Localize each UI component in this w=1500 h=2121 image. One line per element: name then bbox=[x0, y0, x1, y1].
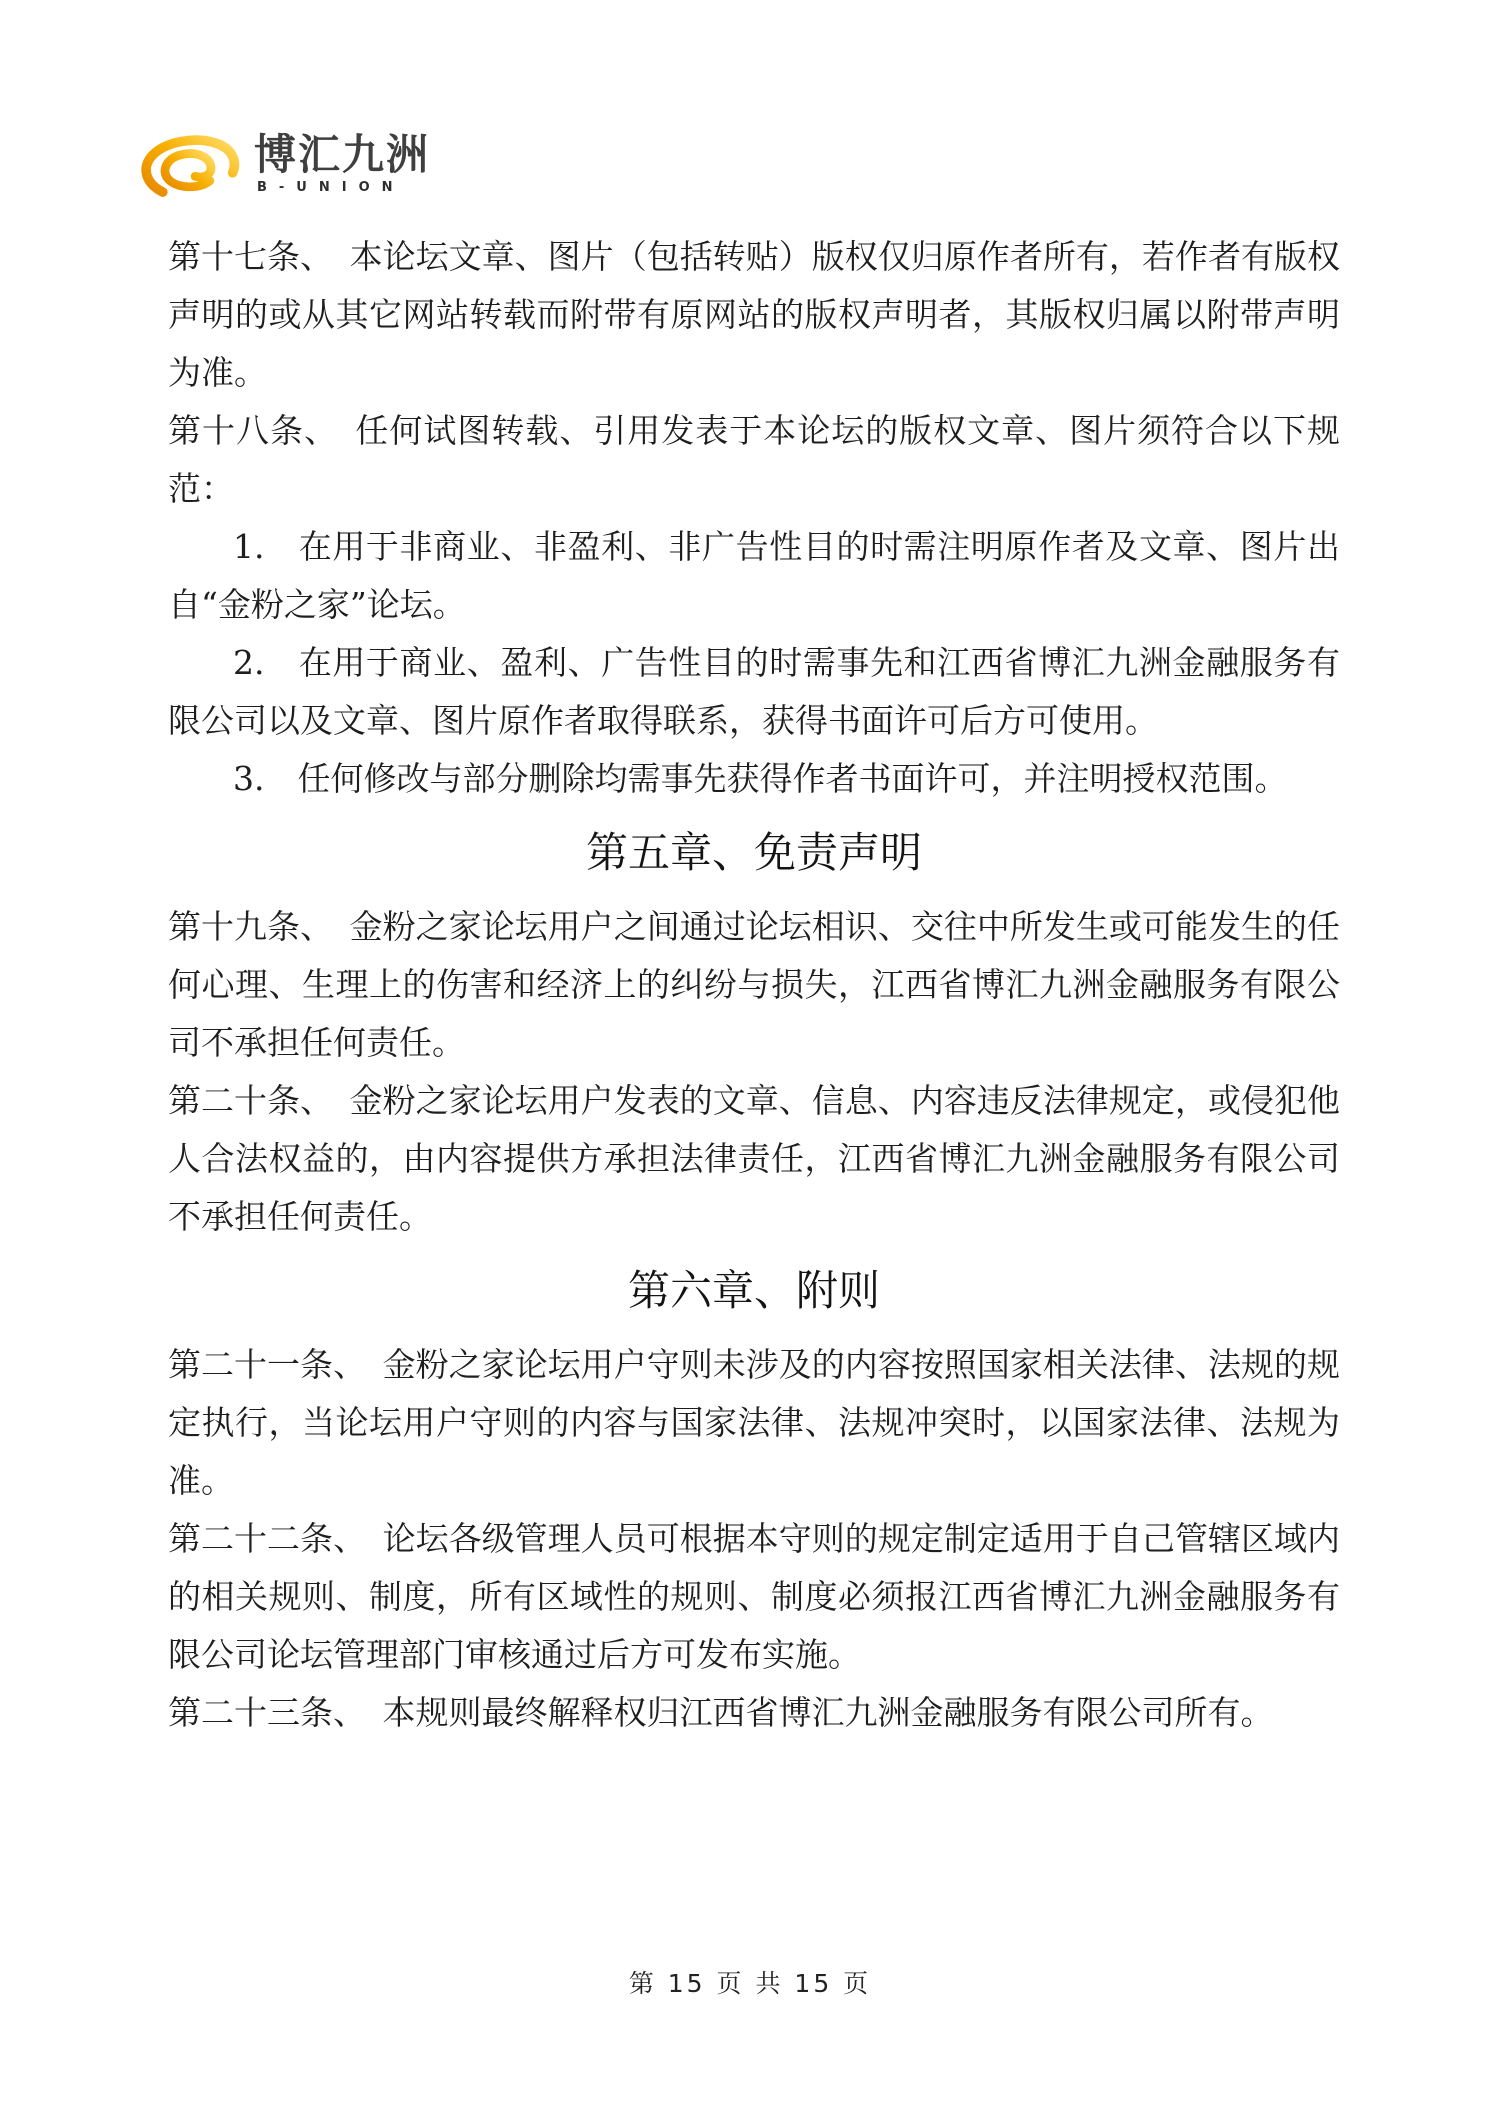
page-footer: 第 15 页 共 15 页 bbox=[0, 1964, 1500, 2000]
brand-text-block: 博汇九洲 B-UNION bbox=[254, 133, 430, 195]
clause-19-paragraph: 第十九条、 金粉之家论坛用户之间通过论坛相识、交往中所发生或可能发生的任何心理、… bbox=[168, 898, 1340, 1072]
chapter-6-heading: 第六章、附则 bbox=[168, 1246, 1340, 1336]
logo-brand-en: B-UNION bbox=[254, 180, 430, 195]
clause-20-paragraph: 第二十条、 金粉之家论坛用户发表的文章、信息、内容违反法律规定，或侵犯他人合法权… bbox=[168, 1072, 1340, 1246]
document-body: 第十七条、 本论坛文章、图片（包括转贴）版权仅归原作者所有，若作者有版权声明的或… bbox=[168, 228, 1340, 1742]
document-page: 博汇九洲 B-UNION 第十七条、 本论坛文章、图片（包括转贴）版权仅归原作者… bbox=[0, 0, 1500, 2121]
list-item-3: 3. 任何修改与部分删除均需事先获得作者书面许可，并注明授权范围。 bbox=[168, 750, 1340, 808]
list-item-1: 1. 在用于非商业、非盈利、非广告性目的时需注明原作者及文章、图片出自“金粉之家… bbox=[168, 518, 1340, 634]
page-number-indicator: 第 15 页 共 15 页 bbox=[629, 1969, 871, 1998]
logo-brand-cn: 博汇九洲 bbox=[254, 133, 430, 177]
chapter-5-heading: 第五章、免责声明 bbox=[168, 808, 1340, 898]
clause-21-paragraph: 第二十一条、 金粉之家论坛用户守则未涉及的内容按照国家相关法律、法规的规定执行，… bbox=[168, 1336, 1340, 1510]
clause-22-paragraph: 第二十二条、 论坛各级管理人员可根据本守则的规定制定适用于自己管辖区域内的相关规… bbox=[168, 1510, 1340, 1684]
clause-18-paragraph: 第十八条、 任何试图转载、引用发表于本论坛的版权文章、图片须符合以下规范： bbox=[168, 402, 1340, 518]
logo: 博汇九洲 B-UNION bbox=[136, 131, 430, 199]
list-item-2: 2. 在用于商业、盈利、广告性目的时需事先和江西省博汇九洲金融服务有限公司以及文… bbox=[168, 634, 1340, 750]
swirl-logo-icon bbox=[136, 131, 242, 199]
clause-23-paragraph: 第二十三条、 本规则最终解释权归江西省博汇九洲金融服务有限公司所有。 bbox=[168, 1684, 1340, 1742]
clause-17-paragraph: 第十七条、 本论坛文章、图片（包括转贴）版权仅归原作者所有，若作者有版权声明的或… bbox=[168, 228, 1340, 402]
